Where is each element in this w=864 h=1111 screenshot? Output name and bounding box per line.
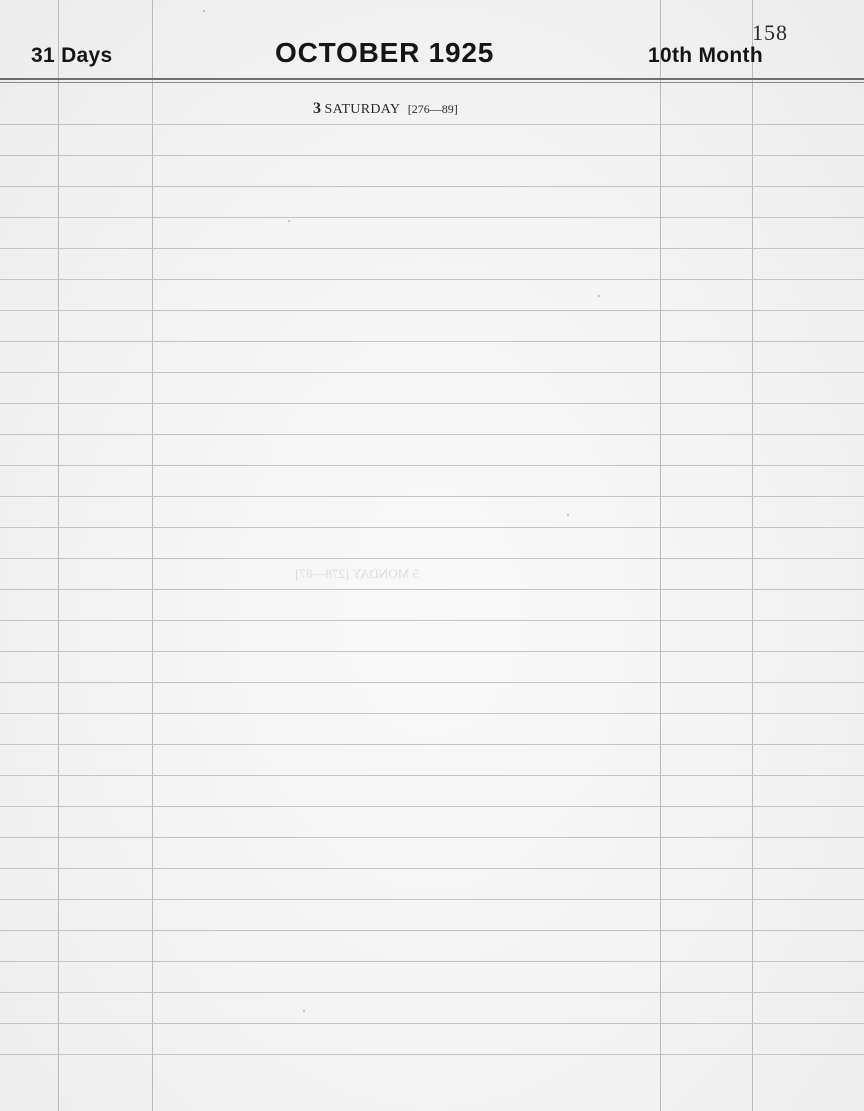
month-number-label: 10th Month xyxy=(648,44,763,68)
column-rule xyxy=(752,0,753,1111)
ruled-line xyxy=(0,434,864,435)
paper-speck xyxy=(203,10,205,12)
days-in-month-label: 31 Days xyxy=(31,44,113,68)
ruled-line xyxy=(0,589,864,590)
day-of-year-index: [276—89] xyxy=(408,102,458,116)
ruled-line xyxy=(0,651,864,652)
ruled-line xyxy=(0,217,864,218)
ruled-line xyxy=(0,1054,864,1055)
column-rule xyxy=(152,0,153,1111)
paper-speck xyxy=(567,514,569,516)
ruled-line xyxy=(0,868,864,869)
header-rule-secondary xyxy=(0,82,864,83)
ruled-line xyxy=(0,372,864,373)
page-number: 158 xyxy=(752,20,788,46)
ruled-line xyxy=(0,496,864,497)
ruled-line xyxy=(0,930,864,931)
ruled-line xyxy=(0,837,864,838)
ruled-line xyxy=(0,899,864,900)
column-rule xyxy=(660,0,661,1111)
column-rule xyxy=(58,0,59,1111)
ruled-line xyxy=(0,713,864,714)
day-heading: 3 SATURDAY [276—89] xyxy=(313,100,458,118)
ruled-line xyxy=(0,279,864,280)
ruled-line xyxy=(0,620,864,621)
ruled-line xyxy=(0,1023,864,1024)
ruled-line xyxy=(0,682,864,683)
ruled-line xyxy=(0,806,864,807)
ruled-line xyxy=(0,744,864,745)
ruled-line xyxy=(0,527,864,528)
paper-speck xyxy=(303,1010,305,1012)
ruled-line xyxy=(0,124,864,125)
ruled-line xyxy=(0,186,864,187)
day-name: SATURDAY xyxy=(325,102,401,117)
day-number: 3 xyxy=(313,100,321,117)
ruled-line xyxy=(0,310,864,311)
ruled-line xyxy=(0,992,864,993)
header-rule xyxy=(0,78,864,80)
ruled-line xyxy=(0,558,864,559)
paper-speck xyxy=(288,220,290,222)
ruled-line xyxy=(0,248,864,249)
ruled-line xyxy=(0,341,864,342)
ruled-line xyxy=(0,155,864,156)
ruled-line xyxy=(0,403,864,404)
paper-speck xyxy=(598,295,600,297)
month-title: OCTOBER 1925 xyxy=(275,37,494,69)
diary-page: 31 Days OCTOBER 1925 10th Month 158 3 SA… xyxy=(0,0,864,1111)
ruled-line xyxy=(0,775,864,776)
show-through-text: 5 MONDAY [278—87] xyxy=(295,566,419,582)
ruled-line xyxy=(0,961,864,962)
ruled-line xyxy=(0,465,864,466)
